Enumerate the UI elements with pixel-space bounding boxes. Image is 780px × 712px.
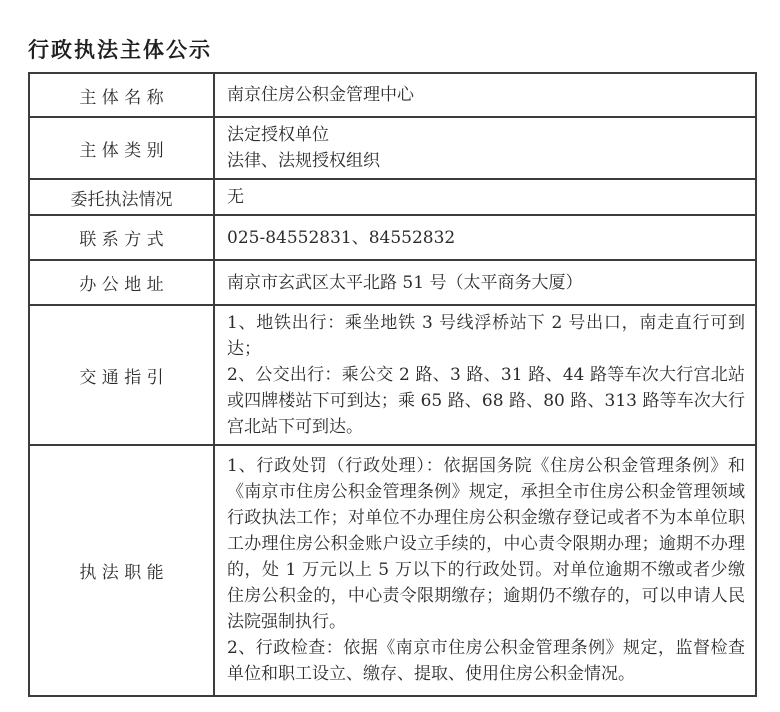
row-value: 1、地铁出行：乘坐地铁 3 号线浮桥站下 2 号出口，南走直行可到达； 2、公交… — [214, 305, 756, 445]
row-value: 法定授权单位 法律、法规授权组织 — [214, 117, 756, 179]
value-line: 025-84552831、84552832 — [227, 225, 745, 251]
row-value: 025-84552831、84552832 — [214, 215, 756, 260]
row-label: 主 体 类 别 — [29, 117, 214, 179]
table-row-enforcement-functions: 执 法 职 能 1、行政处罚（行政处理）：依据国务院《住房公积金管理条例》和《南… — [29, 445, 756, 696]
row-value: 南京市玄武区太平北路 51 号（太平商务大厦） — [214, 260, 756, 305]
row-value: 南京住房公积金管理中心 — [214, 73, 756, 117]
table-row-entrusted-enforcement: 委托执法情况 无 — [29, 179, 756, 215]
row-label: 交 通 指 引 — [29, 305, 214, 445]
row-value: 1、行政处罚（行政处理）：依据国务院《住房公积金管理条例》和《南京市住房公积金管… — [214, 445, 756, 696]
table-row-contact: 联 系 方 式 025-84552831、84552832 — [29, 215, 756, 260]
value-line: 南京市玄武区太平北路 51 号（太平商务大厦） — [227, 270, 745, 296]
table-row-subject-name: 主 体 名 称 南京住房公积金管理中心 — [29, 73, 756, 117]
table-row-subject-category: 主 体 类 别 法定授权单位 法律、法规授权组织 — [29, 117, 756, 179]
row-label: 联 系 方 式 — [29, 215, 214, 260]
value-paragraph: 2、行政检查：依据《南京市住房公积金管理条例》规定，监督检查单位和职工设立、缴存… — [227, 635, 745, 687]
row-label: 办 公 地 址 — [29, 260, 214, 305]
value-line: 南京住房公积金管理中心 — [227, 82, 745, 108]
value-paragraph: 1、行政处罚（行政处理）：依据国务院《住房公积金管理条例》和《南京市住房公积金管… — [227, 453, 745, 635]
value-line: 法定授权单位 — [227, 122, 745, 148]
row-label: 主 体 名 称 — [29, 73, 214, 117]
document-page: 行政执法主体公示 主 体 名 称 南京住房公积金管理中心 主 体 类 别 法定授… — [0, 0, 780, 712]
table-row-transport-guide: 交 通 指 引 1、地铁出行：乘坐地铁 3 号线浮桥站下 2 号出口，南走直行可… — [29, 305, 756, 445]
value-line: 无 — [227, 184, 745, 210]
value-line: 法律、法规授权组织 — [227, 148, 745, 174]
value-paragraph: 2、公交出行：乘公交 2 路、3 路、31 路、44 路等车次大行宫北站或四牌楼… — [227, 362, 745, 440]
table-row-office-address: 办 公 地 址 南京市玄武区太平北路 51 号（太平商务大厦） — [29, 260, 756, 305]
publicity-table: 主 体 名 称 南京住房公积金管理中心 主 体 类 别 法定授权单位 法律、法规… — [28, 72, 757, 697]
row-label: 执 法 职 能 — [29, 445, 214, 696]
row-value: 无 — [214, 179, 756, 215]
value-paragraph: 1、地铁出行：乘坐地铁 3 号线浮桥站下 2 号出口，南走直行可到达； — [227, 310, 745, 362]
row-label: 委托执法情况 — [29, 179, 214, 215]
page-title: 行政执法主体公示 — [28, 34, 212, 64]
